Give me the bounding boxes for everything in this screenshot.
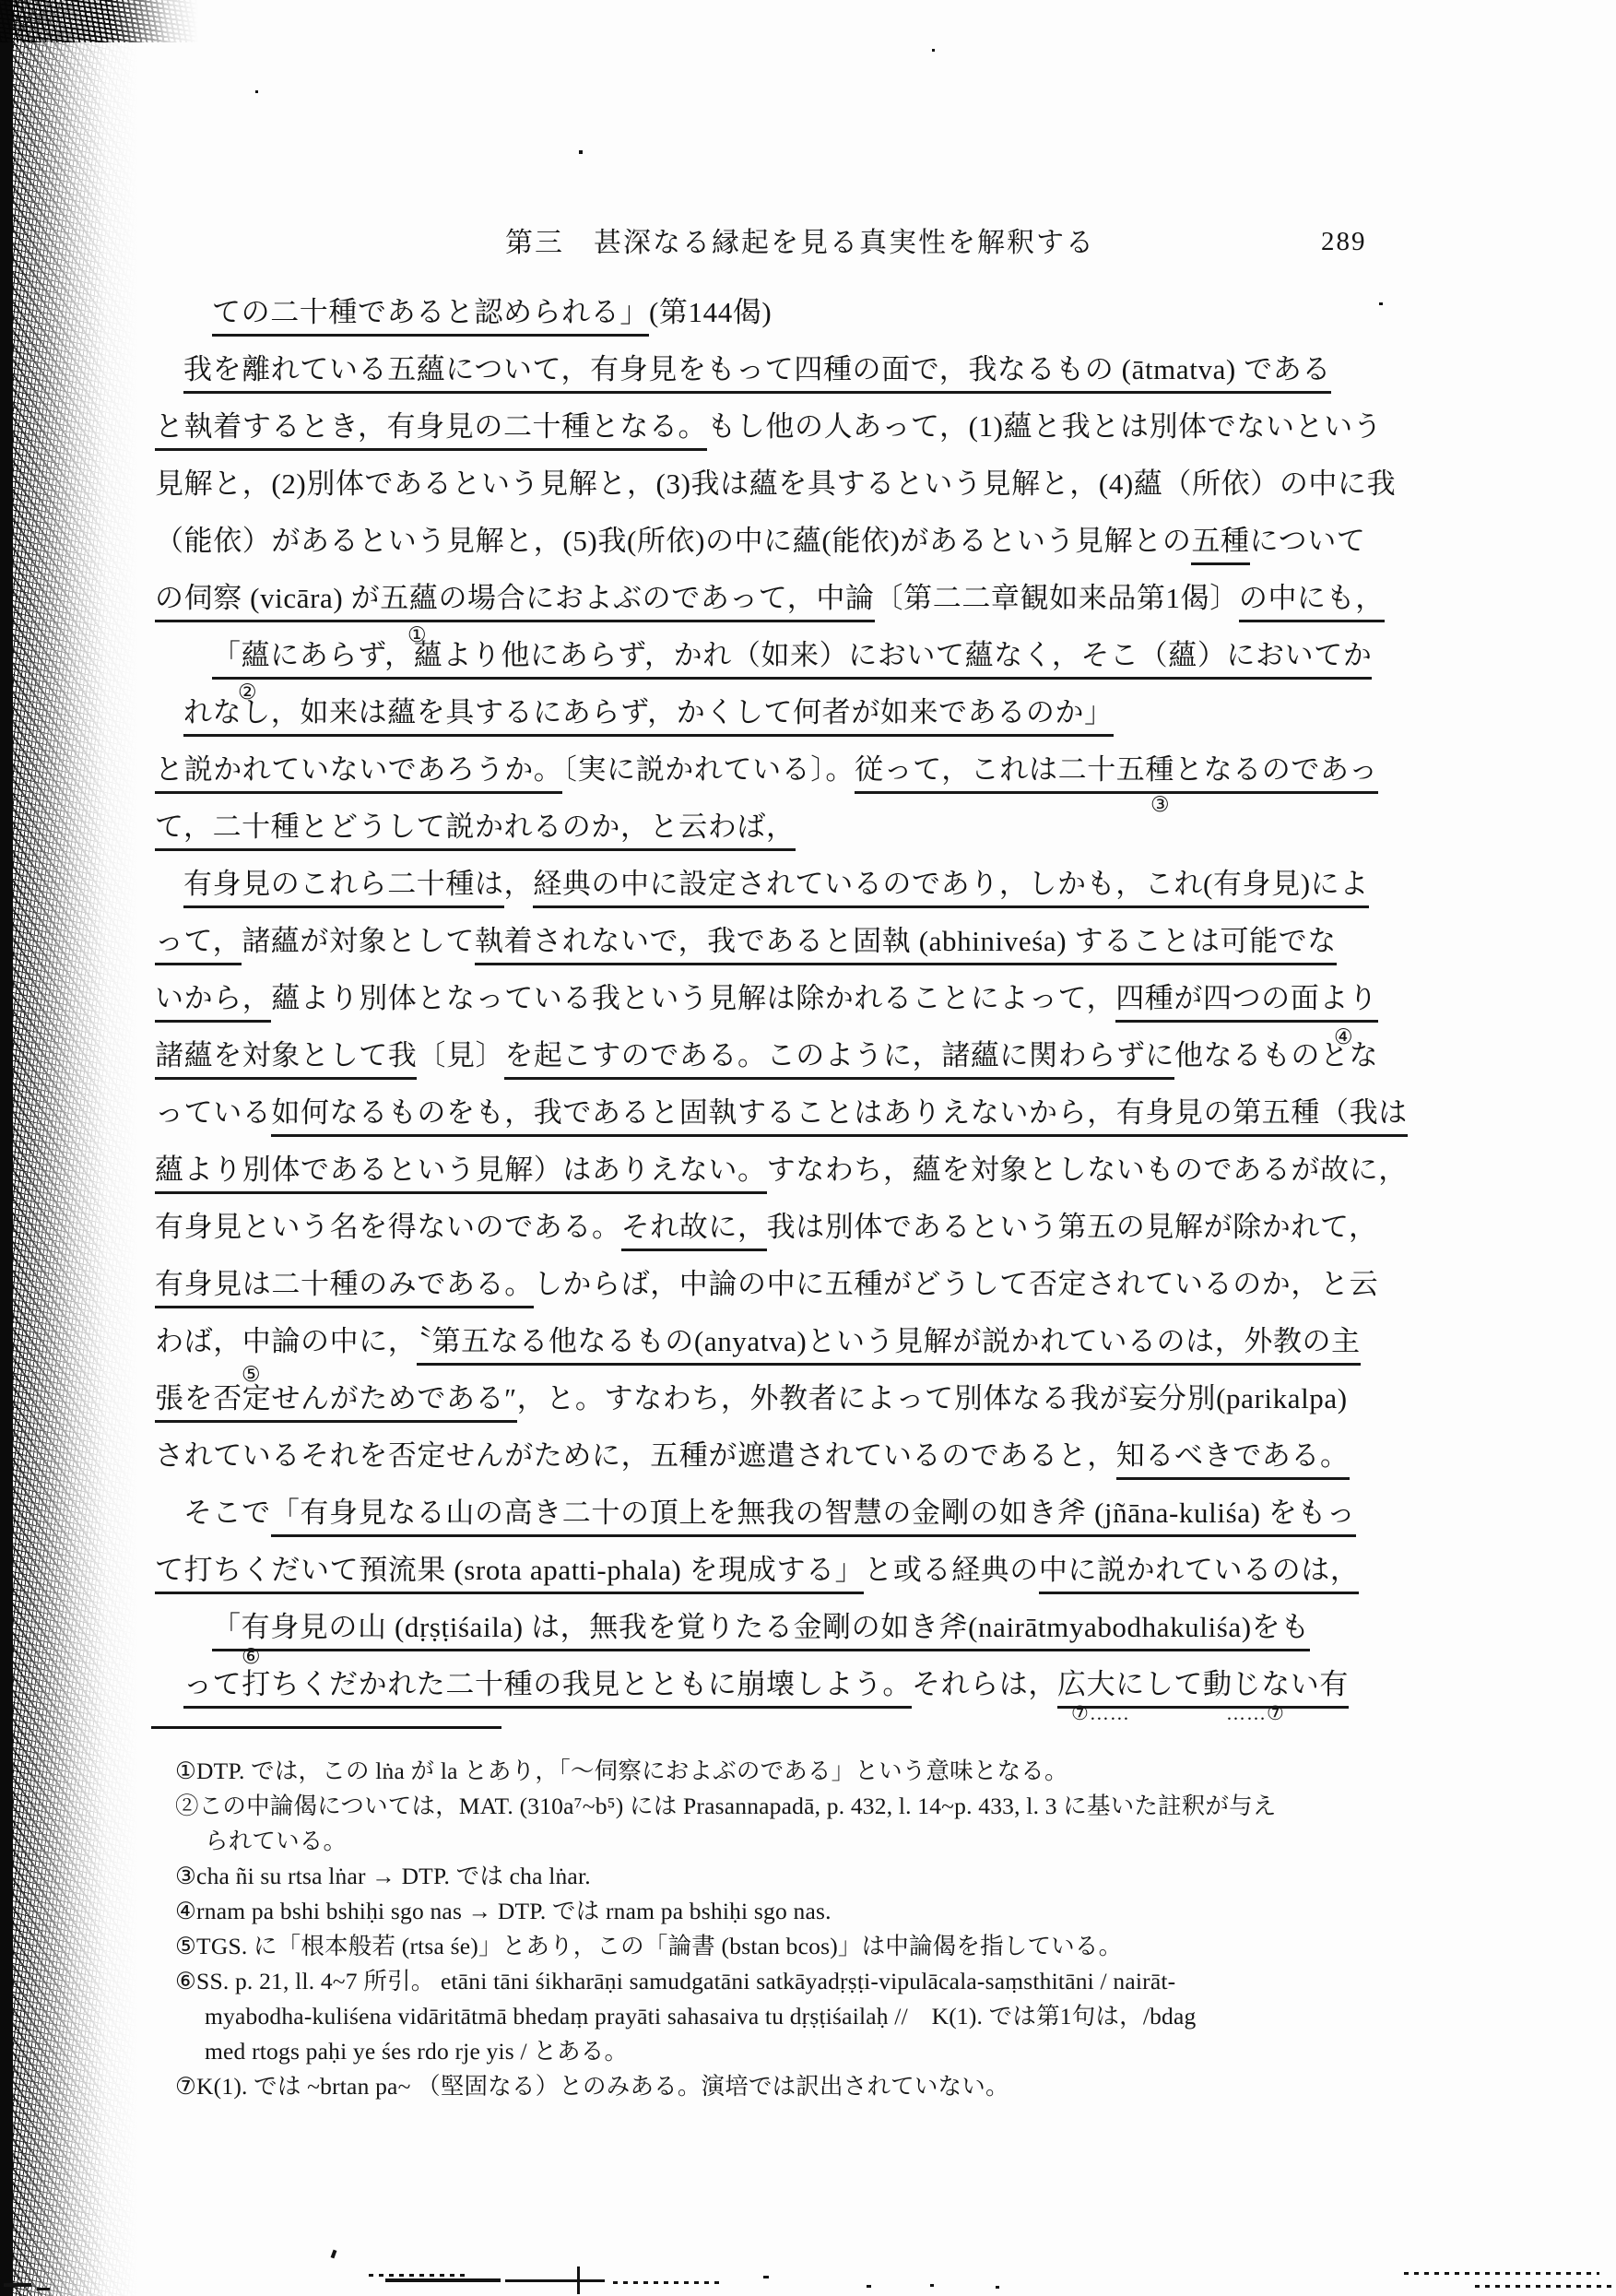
scan-speck bbox=[255, 90, 258, 93]
text-segment: 有身見という名を得ないのである。 bbox=[155, 1211, 621, 1243]
text-segment: （能依）があるという見解と，(5)我(所依)の中に蘊(能依)があるという見解との bbox=[155, 525, 1191, 557]
page-number: 289 bbox=[1321, 227, 1367, 257]
underlined-text-segment: と説かれていないであろうか。 bbox=[155, 753, 562, 794]
scan-edge-mark bbox=[996, 2286, 999, 2289]
footnote-ref-mark: ③ bbox=[1150, 795, 1170, 816]
body-line: っている如何なるものをも，我であると固執することはありえないから，有身見の第五種… bbox=[155, 1097, 1408, 1129]
footnote-ref-mark: ④ bbox=[1334, 1027, 1353, 1048]
underlined-text-segment: て打ちくだいて預流果 (srota apatti-phala) を現成する」 bbox=[155, 1554, 864, 1594]
underlined-text-segment: 蘊より別体であるという見解）はありえない。 bbox=[155, 1154, 767, 1194]
scan-edge-mark bbox=[867, 2285, 871, 2288]
text-segment: されているそれを否定せんがために，五種が遮遣されているのであると， bbox=[155, 1439, 1116, 1472]
body-line: って，諸蘊が対象として執着されないで，我であると固執 (abhiniveśa) … bbox=[155, 926, 1337, 957]
text-segment: 諸蘊が対象として bbox=[242, 925, 475, 957]
text-segment: 〔第二二章観如来品第1偈〕 bbox=[875, 582, 1239, 614]
text-segment: それらは， bbox=[912, 1668, 1057, 1700]
underlined-text-segment: 「蘊にあらず，蘊より他にあらず，かれ（如来）において蘊なく，そこ（蘊）においてか bbox=[212, 639, 1372, 680]
footnote-ref-mark: ⑤ bbox=[242, 1365, 261, 1386]
text-segment: 我は別体であるという第五の見解が除かれて， bbox=[767, 1211, 1378, 1243]
text-segment: しからば，中論の中に五種がどうして否定されているのか，と云 bbox=[534, 1268, 1378, 1300]
underlined-text-segment: 〝第五なる他なるもの(anyatva)という見解が説かれているのは，外教の主 bbox=[417, 1325, 1360, 1366]
text-segment: 見解と，(2)別体であるという見解と，(3)我は蘊を具するという見解と，(4)蘊… bbox=[155, 467, 1396, 500]
body-line: と説かれていないであろうか。〔実に説かれている〕。従って，これは二十五種となるの… bbox=[155, 754, 1378, 786]
underlined-text-segment: 五種 bbox=[1191, 525, 1249, 565]
underlined-text-segment: って打ちくだかれた二十種の我見とともに崩壊しよう。 bbox=[183, 1668, 912, 1709]
footnote-line: ②この中論偈については，MAT. (310a⁷~b⁵) には Prasannap… bbox=[175, 1793, 1277, 1820]
underlined-text-segment: 如何なるものをも，我であると固執することはありえないから，有身見の第五種（我は bbox=[271, 1096, 1407, 1137]
text-segment: 〔実に説かれている〕。 bbox=[562, 753, 855, 786]
scan-speck bbox=[932, 49, 935, 52]
scan-edge-mark bbox=[37, 2288, 50, 2290]
footnote-7-leader-end: ……⑦ bbox=[1226, 1702, 1285, 1725]
underlined-text-segment: 知るべきである。 bbox=[1116, 1439, 1350, 1480]
underlined-text-segment: 諸蘊を対象として我 bbox=[155, 1039, 417, 1080]
text-segment: わば，中論の中に， bbox=[155, 1325, 417, 1357]
footnote-line: られている。 bbox=[205, 1828, 347, 1855]
scan-speck bbox=[331, 2250, 337, 2259]
body-line: 張を否定せんがためである″，と。すなわち，外教者によって別体なる我が妄分別(pa… bbox=[155, 1383, 1348, 1414]
text-segment: (第144偈) bbox=[649, 296, 772, 328]
body-line: 有身見のこれら二十種は，経典の中に設定されているのであり，しかも，これ(有身見)… bbox=[183, 869, 1369, 900]
underlined-text-segment: 四種が四つの面より bbox=[1115, 982, 1377, 1023]
scan-edge-mark bbox=[763, 2276, 769, 2278]
footnote-line: ③cha ñi su rtsa lṅar → DTP. では cha lṅar. bbox=[175, 1863, 591, 1890]
body-line: て打ちくだいて預流果 (srota apatti-phala) を現成する」と或… bbox=[155, 1555, 1359, 1586]
footnote-line: ⑥SS. p. 21, ll. 4~7 所引。 etāni tāni śikha… bbox=[175, 1968, 1175, 1995]
body-line: 諸蘊を対象として我〔見〕を起こすのである。このように，諸蘊に関わらずに他なるもの… bbox=[155, 1040, 1378, 1071]
scan-edge-mark bbox=[369, 2274, 470, 2277]
body-line: と執着するとき，有身見の二十種となる。もし他の人あって，(1)蘊と我とは別体でな… bbox=[155, 411, 1382, 443]
underlined-text-segment: の中にも， bbox=[1239, 582, 1385, 622]
underlined-text-segment: 従って，これは二十五種となるのであっ bbox=[855, 753, 1378, 794]
underlined-text-segment: と執着するとき，有身見の二十種となる。 bbox=[155, 410, 707, 451]
body-line: って打ちくだかれた二十種の我見とともに崩壊しよう。それらは，広大にして動じない有 bbox=[183, 1669, 1349, 1700]
footnote-ref-mark: ② bbox=[238, 682, 257, 704]
text-segment: っている bbox=[155, 1096, 271, 1129]
body-line: （能依）があるという見解と，(5)我(所依)の中に蘊(能依)があるという見解との… bbox=[155, 526, 1365, 557]
text-segment: そこで bbox=[183, 1497, 271, 1529]
footnote-separator-rule bbox=[151, 1726, 501, 1729]
text-segment: もし他の人あって，(1)蘊と我とは別体でないという bbox=[707, 410, 1382, 443]
scan-edge-mark bbox=[385, 2278, 501, 2282]
body-line: 「有身見の山 (dṛṣṭiśaila) は，無我を覚りたる金剛の如き斧(nair… bbox=[212, 1612, 1310, 1643]
underlined-text-segment: って， bbox=[155, 925, 242, 965]
body-line: 「蘊にあらず，蘊より他にあらず，かれ（如来）において蘊なく，そこ（蘊）においてか bbox=[212, 640, 1372, 671]
underlined-text-segment: 中に説かれているのは， bbox=[1039, 1554, 1360, 1594]
underlined-text-segment: の伺察 (vicāra) が五蘊の場合におよぶのであって， bbox=[155, 582, 816, 622]
underlined-text-segment: 「有身見なる山の高き二十の頂上を無我の智慧の金剛の如き斧 (jñāna-kuli… bbox=[271, 1497, 1356, 1537]
scan-edge-mark bbox=[930, 2284, 934, 2287]
footnote-ref-mark: ① bbox=[407, 625, 427, 646]
underlined-text-segment: て，二十種とどうして説かれるのか，と云わば， bbox=[155, 811, 796, 851]
underlined-text-segment: それ故に， bbox=[621, 1211, 767, 1251]
footnote-7-leader-start: ⑦…… bbox=[1071, 1702, 1130, 1725]
footnote-line: ④rnam pa bshi bshiḥi sgo nas → DTP. では r… bbox=[175, 1898, 832, 1925]
body-line: いから，蘊より別体となっている我という見解は除かれることによって，四種が四つの面… bbox=[155, 983, 1378, 1014]
scan-speck bbox=[579, 150, 583, 154]
underlined-text-segment: 我を離れている五蘊について，有身見をもって四種の面で，我なるもの (ātmatv… bbox=[183, 353, 1331, 394]
footnote-line: ⑦K(1). では ~brtan pa~ （堅固なる）とのみある。演培では訳出さ… bbox=[175, 2073, 1009, 2101]
footnote-ref-mark: ⑥ bbox=[242, 1647, 261, 1668]
body-line: されているそれを否定せんがために，五種が遮遣されているのであると，知るべきである… bbox=[155, 1440, 1350, 1472]
scan-edge-mark bbox=[577, 2266, 580, 2294]
underlined-text-segment: 執着されないで，我であると固執 (abhiniveśa) することは可能でな bbox=[475, 925, 1337, 965]
scanned-book-page: 第三 甚深なる縁起を見る真実性を解釈する 289 ての二十種であると認められる」… bbox=[0, 0, 1616, 2296]
underlined-text-segment: 張を否定せんがためである″ bbox=[155, 1382, 517, 1423]
scan-edge-mark bbox=[505, 2279, 605, 2282]
underlined-text-segment: いから， bbox=[155, 982, 271, 1023]
scan-edge-mark bbox=[613, 2281, 724, 2284]
underlined-text-segment: 有身見は二十種のみである。 bbox=[155, 1268, 534, 1308]
body-line: 蘊より別体であるという見解）はありえない。すなわち，蘊を対象としないものであるが… bbox=[155, 1154, 1408, 1186]
scan-noise-top-left-corner bbox=[0, 0, 198, 42]
underlined-text-segment: 中論 bbox=[816, 582, 874, 622]
scan-edge-mark bbox=[4, 2283, 31, 2287]
scan-edge-mark bbox=[1404, 2272, 1599, 2275]
running-header-title: 第三 甚深なる縁起を見る真実性を解釈する bbox=[505, 219, 1095, 260]
scan-edge-mark bbox=[1475, 2285, 1613, 2288]
underlined-text-segment: 「有身見の山 (dṛṣṭiśaila) は，無我を覚りたる金剛の如き斧(nair… bbox=[212, 1611, 1310, 1651]
text-segment: すなわち，蘊を対象としないものであるが故に， bbox=[767, 1154, 1408, 1186]
underlined-text-segment: 有身見のこれら二十種は bbox=[183, 868, 504, 908]
body-line: 有身見という名を得ないのである。それ故に，我は別体であるという第五の見解が除かれ… bbox=[155, 1212, 1378, 1243]
body-line: 有身見は二十種のみである。しからば，中論の中に五種がどうして否定されているのか，… bbox=[155, 1269, 1378, 1300]
body-line: て，二十種とどうして説かれるのか，と云わば， bbox=[155, 811, 796, 843]
footnote-line: ①DTP. では，この lṅa が la とあり，「～伺察におよぶのである」とい… bbox=[175, 1758, 1068, 1785]
body-line: そこで「有身見なる山の高き二十の頂上を無我の智慧の金剛の如き斧 (jñāna-k… bbox=[183, 1497, 1356, 1529]
footnote-line: myabodha-kuliśena vidāritātmā bhedaṃ pra… bbox=[205, 2003, 1196, 2030]
footnote-line: ⑤TGS. に「根本般若 (rtsa śe)」とあり，この「論書 (bstan … bbox=[175, 1933, 1122, 1960]
scan-speck bbox=[1379, 302, 1383, 305]
underlined-text-segment: を起こすのである。このように， bbox=[504, 1039, 941, 1080]
body-line: 我を離れている五蘊について，有身見をもって四種の面で，我なるもの (ātmatv… bbox=[183, 354, 1331, 385]
underlined-text-segment: 諸蘊に関わらずに bbox=[941, 1039, 1174, 1080]
body-line: わば，中論の中に，〝第五なる他なるもの(anyatva)という見解が説かれている… bbox=[155, 1326, 1361, 1357]
text-segment: と或る経典の bbox=[864, 1554, 1039, 1586]
body-line: の伺察 (vicāra) が五蘊の場合におよぶのであって，中論〔第二二章観如来品… bbox=[155, 583, 1385, 614]
underlined-text-segment: ての二十種であると認められる」 bbox=[212, 296, 649, 337]
body-line: ての二十種であると認められる」(第144偈) bbox=[212, 297, 772, 328]
scan-noise-left-band bbox=[0, 0, 138, 2296]
text-segment: について bbox=[1250, 525, 1366, 557]
footnote-line: med rtogs paḥi ye śes rdo rje yis / とある。 bbox=[205, 2038, 628, 2065]
text-segment: ， bbox=[504, 868, 534, 900]
body-line: 見解と，(2)別体であるという見解と，(3)我は蘊を具するという見解と，(4)蘊… bbox=[155, 468, 1396, 500]
text-segment: ，と。すなわち，外教者によって別体なる我が妄分別(parikalpa) bbox=[517, 1382, 1348, 1414]
body-line: れなし，如来は蘊を具するにあらず，かくして何者が如来であるのか」 bbox=[183, 697, 1114, 728]
underlined-text-segment: れなし，如来は蘊を具するにあらず，かくして何者が如来であるのか」 bbox=[183, 696, 1114, 737]
underlined-text-segment: 経典の中に設定されているのであり，しかも，これ(有身見)によ bbox=[533, 868, 1369, 908]
text-segment: 蘊より別体となっている我という見解は除かれることによって， bbox=[271, 982, 1115, 1014]
scan-noise-left-edge bbox=[0, 0, 13, 2296]
text-segment: 〔見〕 bbox=[417, 1039, 504, 1071]
